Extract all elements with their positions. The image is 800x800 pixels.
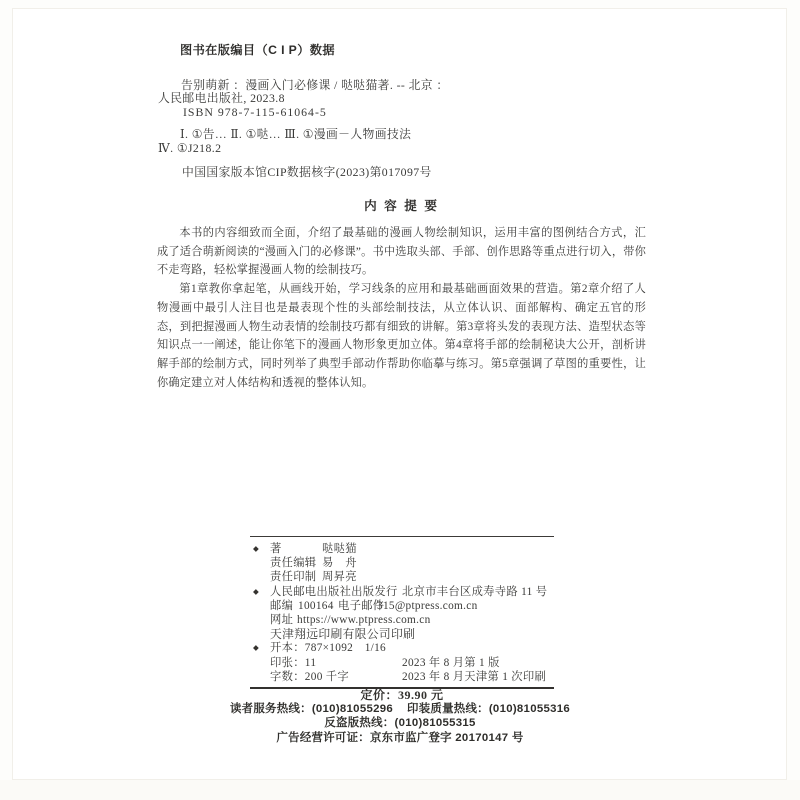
printer-name: 天津翔远印刷有限公司印刷 xyxy=(270,627,415,641)
cip-registration-number: 中国国家版本馆CIP数据核字(2023)第017097号 xyxy=(158,166,658,180)
anti-piracy-hotline: 反盗版热线：(010)81055315 xyxy=(324,717,475,729)
cip-section: 图书在版编目（C I P）数据 告别萌新 ：漫画入门必修课 / 哒哒猫著. --… xyxy=(158,44,658,180)
editor-value: 易 舟 xyxy=(322,556,357,570)
sheets-edition-row: 印张：11 2023 年 8 月第 1 版 xyxy=(250,656,554,670)
edition-value: 2023 年 8 月第 1 版 xyxy=(402,656,500,670)
cip-record-line-1: 告别萌新 ：漫画入门必修课 / 哒哒猫著. -- 北京 ： xyxy=(158,79,658,93)
page-bottom-shadow xyxy=(0,780,800,800)
postcode-label: 邮编 xyxy=(270,599,293,613)
email-value: 315@ptpress.com.cn xyxy=(377,599,478,613)
postcode-email-row: 邮编 100164 电子邮件 315@ptpress.com.cn xyxy=(250,599,554,613)
publisher-name: 人民邮电出版社出版发行 xyxy=(270,585,398,599)
diamond-bullet-icon: ◆ xyxy=(253,641,259,655)
sheets-value: 印张：11 xyxy=(270,656,316,670)
content-summary-section: 内 容 提 要 本书的内容细致而全面，介绍了最基础的漫画人物绘制知识，运用丰富的… xyxy=(157,199,646,392)
website-label: 网址 xyxy=(270,613,293,627)
website-value: https://www.ptpress.com.cn xyxy=(297,613,431,627)
publisher-row: ◆ 人民邮电出版社出版发行 北京市丰台区成寿寺路 11 号 xyxy=(250,585,554,599)
print-editor-value: 周昇亮 xyxy=(322,570,357,584)
printer-row: 天津翔远印刷有限公司印刷 xyxy=(250,627,554,641)
editor-label: 责任编辑 xyxy=(270,556,316,570)
ad-license: 广告经营许可证：京东市监广登字 20170147 号 xyxy=(276,732,523,744)
editor-row: 责任编辑 易 舟 xyxy=(250,556,554,570)
service-hotline-row: 读者服务热线：(010)81055296印装质量热线：(010)81055316 xyxy=(0,702,800,716)
book-copyright-page: 图书在版编目（C I P）数据 告别萌新 ：漫画入门必修课 / 哒哒猫著. --… xyxy=(0,0,800,800)
word-count-value: 字数：200 千字 xyxy=(270,670,349,684)
print-editor-row: 责任印制 周昇亮 xyxy=(250,570,554,584)
website-row: 网址 https://www.ptpress.com.cn xyxy=(250,613,554,627)
format-row: ◆ 开本：787×1092 1/16 xyxy=(250,641,554,655)
ad-license-row: 广告经营许可证：京东市监广登字 20170147 号 xyxy=(0,731,800,745)
print-editor-label: 责任印制 xyxy=(270,570,316,584)
anti-piracy-hotline-row: 反盗版热线：(010)81055315 xyxy=(0,716,800,730)
diamond-bullet-icon: ◆ xyxy=(253,585,259,599)
author-value: 哒哒猫 xyxy=(322,542,357,556)
colophon-box: ◆ 著 哒哒猫 责任编辑 易 舟 责任印制 周昇亮 ◆ 人民邮电出版社出版发行 … xyxy=(250,536,554,689)
price-line: 定价：39.90 元 xyxy=(250,686,554,703)
words-impression-row: 字数：200 千字 2023 年 8 月天津第 1 次印刷 xyxy=(250,670,554,684)
content-summary-title: 内 容 提 要 xyxy=(157,199,646,213)
cip-classification-line-1: Ⅰ. ①告… Ⅱ. ①哒… Ⅲ. ①漫画－人物画技法 xyxy=(158,128,658,142)
author-row: ◆ 著 哒哒猫 xyxy=(250,542,554,556)
summary-paragraph-1: 本书的内容细致而全面，介绍了最基础的漫画人物绘制知识，运用丰富的图例结合方式，汇… xyxy=(157,224,646,280)
cip-classification-line-2: Ⅳ. ①J218.2 xyxy=(158,142,658,156)
author-label: 著 xyxy=(270,542,282,556)
format-size: 开本：787×1092 1/16 xyxy=(270,641,386,655)
publisher-address: 北京市丰台区成寿寺路 11 号 xyxy=(402,585,547,599)
diamond-bullet-icon: ◆ xyxy=(253,542,259,556)
cip-isbn: ISBN 978-7-115-61064-5 xyxy=(158,106,658,120)
summary-paragraph-2: 第1章教你拿起笔，从画线开始，学习线条的应用和最基础画面效果的营造。第2章介绍了… xyxy=(157,280,646,392)
hotlines-section: 读者服务热线：(010)81055296印装质量热线：(010)81055316… xyxy=(0,702,800,745)
impression-value: 2023 年 8 月天津第 1 次印刷 xyxy=(402,670,546,684)
quality-hotline: 印装质量热线：(010)81055316 xyxy=(407,703,570,715)
cip-title: 图书在版编目（C I P）数据 xyxy=(158,44,658,58)
cip-record-line-2: 人民邮电出版社, 2023.8 xyxy=(158,92,658,106)
postcode-value: 100164 xyxy=(298,599,334,613)
reader-hotline: 读者服务热线：(010)81055296 xyxy=(230,703,393,715)
